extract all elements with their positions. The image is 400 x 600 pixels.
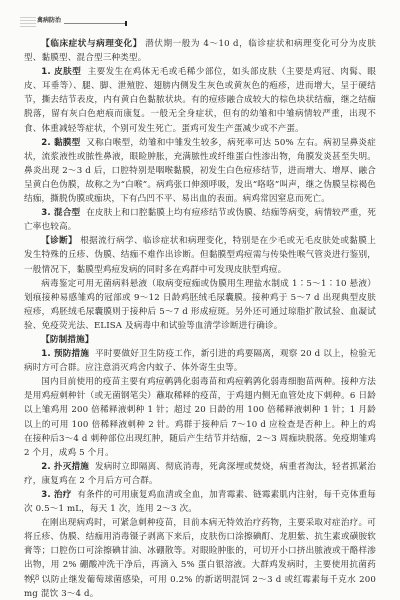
clinical-type-1: 1. 皮肤型 主要发生在鸡体无毛或毛稀少部位，如头部皮肤（主要是鸡冠、肉髯、眼皮…: [24, 65, 376, 135]
header-decoration: [20, 17, 36, 29]
type-3-label: 3. 混合型: [41, 208, 80, 218]
eradication-label: 2. 扑灭措施: [41, 462, 89, 472]
running-title: 禽病防治: [37, 15, 61, 24]
page-number: · 28 ·: [26, 574, 44, 582]
diagnosis-paragraph: 【诊断】 根据流行病学、临诊症状和病理变化，特别是在少毛或无毛皮肤处或黏膜上发生…: [24, 234, 376, 276]
control-treatment: 3. 治疗 有条件的可用康复鸡血清或全血，加青霉素、链霉素肌内注射，每千克体重每…: [24, 488, 376, 516]
control-heading-paragraph: 【防制措施】: [24, 333, 376, 347]
running-header: 禽病防治: [20, 15, 120, 29]
diagnosis-text: 根据流行病学、临诊症状和病理变化，特别是在少毛或无毛皮肤处或黏膜上发生特殊的丘疹…: [24, 236, 376, 274]
control-eradication: 2. 扑灭措施 发病时立即隔离、彻底消毒，死禽深埋或焚烧，病重者淘汰，轻者抓紧治…: [24, 460, 376, 488]
clinical-type-2: 2. 黏膜型 又称白喉型，幼雏和中雏发生较多，病死率可达 50% 左右。病初呈鼻…: [24, 136, 376, 206]
control-heading: 【防制措施】: [41, 335, 93, 345]
clinical-intro: 【临床症状与病理变化】 潜伏期一般为 4～10 d，临诊症状和病理变化可分为皮肤…: [24, 37, 376, 65]
treatment-paragraph: 在刚出现病鸡时，可紧急刺种疫苗，目前本病无特效治疗药物，主要采取对症治疗。可将丘…: [24, 516, 376, 600]
header-mark: [125, 21, 127, 26]
clinical-heading: 【临床症状与病理变化】: [41, 39, 142, 49]
control-prevention: 1. 预防措施 平时要做好卫生防疫工作，新引进的鸡要隔离，观察 20 d 以上，…: [24, 347, 376, 375]
vaccine-paragraph: 国内目前使用的疫苗主要有鸡痘鹌鹑化弱毒苗和鸡痘鹌鹑化弱毒细胞苗两种。接种方法是用…: [24, 375, 376, 460]
diagnosis-paragraph-2: 病毒鉴定可用无菌病料悬液（取病变痘痂或伪膜用生理盐水制成 1∶5～1∶10 悬液…: [24, 277, 376, 333]
clinical-type-3: 3. 混合型 在皮肤上和口腔黏膜上均有痘疹结节或伪膜、结痂等病变，病情较严重，死…: [24, 206, 376, 234]
diagnosis-heading: 【诊断】: [41, 236, 77, 246]
page-body: 【临床症状与病理变化】 潜伏期一般为 4～10 d，临诊症状和病理变化可分为皮肤…: [24, 37, 376, 600]
type-1-label: 1. 皮肤型: [41, 67, 81, 77]
type-2-label: 2. 黏膜型: [41, 138, 80, 148]
treatment-label: 3. 治疗: [41, 490, 71, 500]
header-rule: [64, 23, 126, 24]
prevention-label: 1. 预防措施: [41, 349, 89, 359]
treatment-text: 有条件的可用康复鸡血清或全血，加青霉素、链霉素肌内注射，每千克体重每次 0.5～…: [24, 490, 376, 514]
